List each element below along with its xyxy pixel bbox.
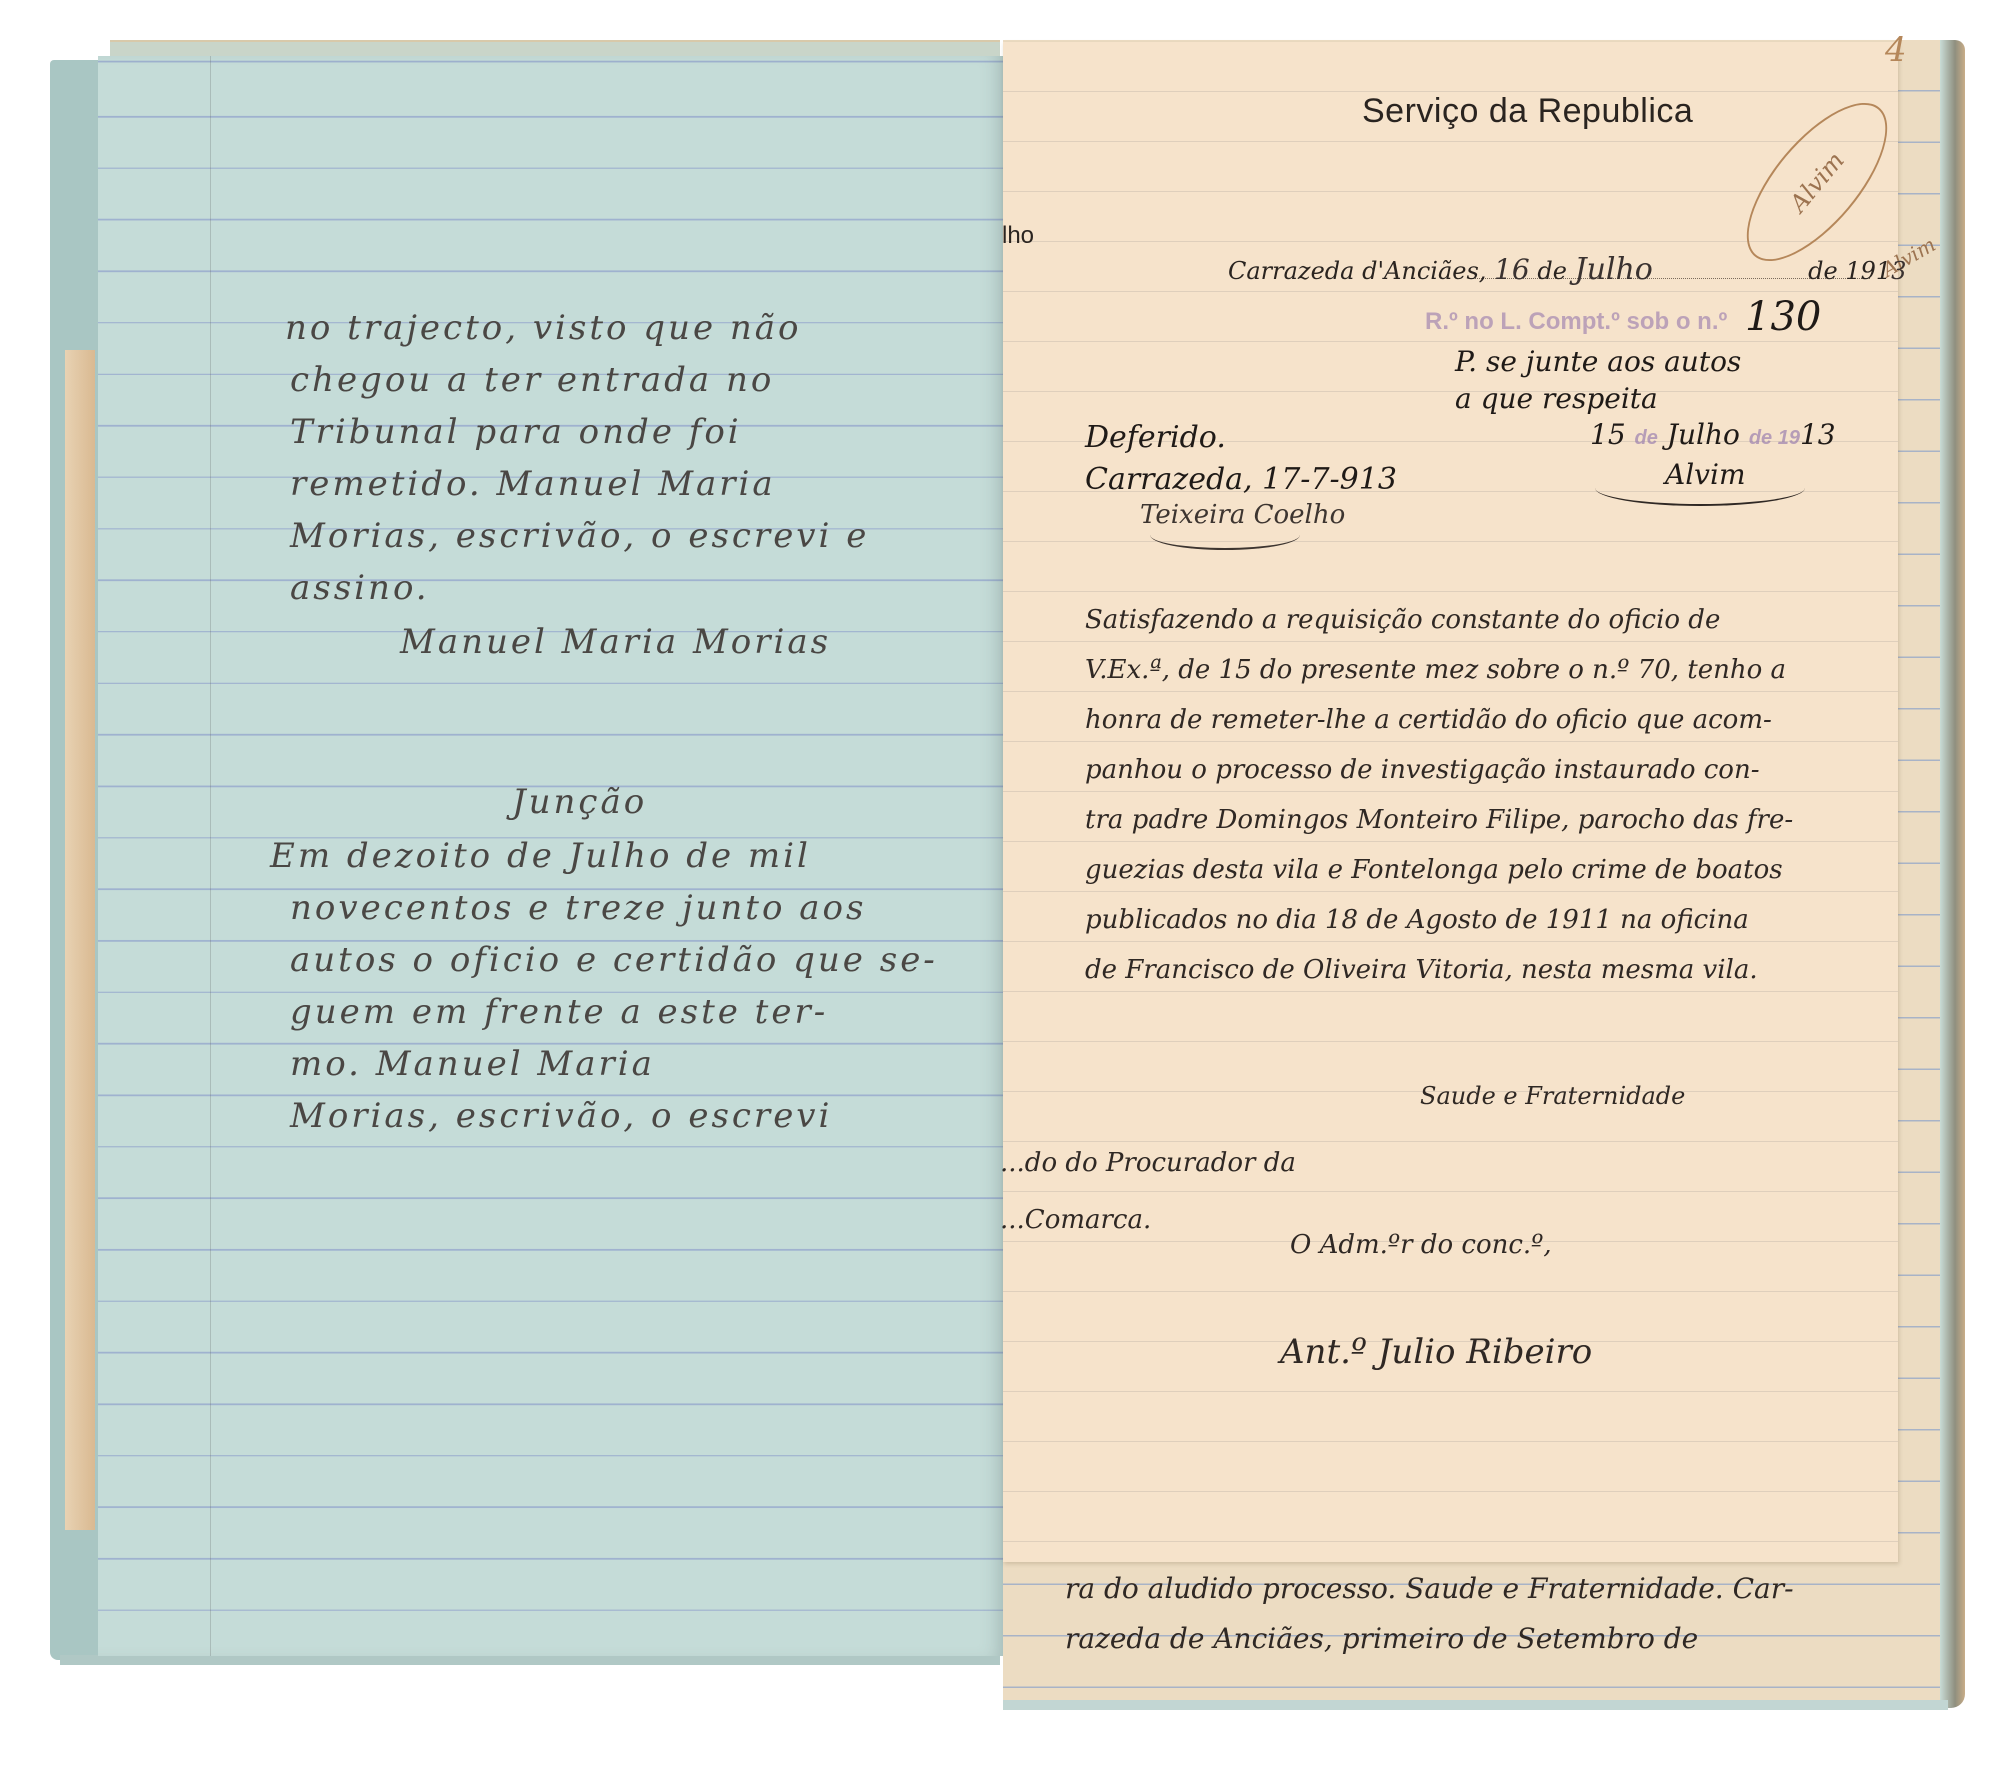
deferido-word: Deferido. (1085, 420, 1226, 455)
order-date-day: 15 (1590, 418, 1626, 451)
left-line: no trajecto, visto que não (285, 308, 802, 348)
order-note-line: a que respeita (1455, 382, 1658, 415)
juncao-line: novecentos e treze junto aos (290, 888, 866, 928)
left-page-margin-line (210, 56, 211, 1656)
place-name: Carrazeda d'Anciães, (1228, 257, 1486, 285)
order-signature-flourish (1595, 470, 1805, 506)
registration-stamp: R.º no L. Compt.º sob o n.º (1425, 308, 1727, 336)
registration-number: 130 (1745, 294, 1821, 340)
official-signature: Ant.º Julio Ribeiro (1280, 1332, 1592, 1372)
addressee-line: ...do do Procurador da (1000, 1148, 1296, 1178)
deferido-place-date: Carrazeda, 17-7-913 (1085, 462, 1397, 497)
addressee-line: ...Comarca. (1000, 1205, 1151, 1235)
letterhead-fragment: lho (1002, 222, 1034, 250)
order-date-month: Julho (1667, 418, 1740, 451)
date-year-suffix: 3 (1891, 257, 1906, 285)
underlying-line: ra do aludido processo. Saude e Fraterni… (1065, 1572, 1794, 1605)
book-fore-edge (1940, 40, 1965, 1708)
bottom-page-edge (1003, 1700, 1948, 1710)
closing-salutation: Saude e Fraternidade (1420, 1082, 1685, 1110)
deferido-signature-flourish (1150, 520, 1300, 550)
body-line: V.Ex.ª, de 15 do presente mez sobre o n.… (1085, 655, 1786, 685)
order-date: 15 de Julho de 1913 (1590, 418, 1836, 451)
date-de: de (1537, 257, 1567, 285)
left-line: assino. (290, 568, 430, 608)
body-line: de Francisco de Oliveira Vitoria, nesta … (1085, 955, 1758, 985)
left-page-bottom-edge (60, 1655, 1000, 1665)
page-number: 4 (1885, 30, 1907, 70)
juncao-line: mo. Manuel Maria (290, 1044, 655, 1084)
left-line: remetido. Manuel Maria (290, 464, 776, 504)
letterhead-title: Serviço da Republica (1362, 92, 1693, 131)
body-line: tra padre Domingos Monteiro Filipe, paro… (1085, 805, 1793, 835)
oval-signature-text: Alvim (1784, 147, 1850, 218)
body-line: publicados no dia 18 de Agosto de 1911 n… (1085, 905, 1749, 935)
body-line: guezias desta vila e Fontelonga pelo cri… (1085, 855, 1783, 885)
date-year-prefix: de 191 (1808, 257, 1891, 285)
left-line: Tribunal para onde foi (290, 412, 742, 452)
left-line: Morias, escrivão, o escrevi e (290, 516, 869, 556)
underlying-line: razeda de Anciães, primeiro de Setembro … (1065, 1622, 1698, 1655)
body-line: Satisfazendo a requisição constante do o… (1085, 605, 1720, 635)
juncao-heading: Junção (512, 782, 647, 822)
order-date-de: de (1635, 427, 1658, 449)
order-note-line: P. se junte aos autos (1455, 345, 1741, 378)
body-line: honra de remeter-lhe a certidão do ofici… (1085, 705, 1772, 735)
order-date-year: 13 (1800, 418, 1836, 451)
juncao-line: Morias, escrivão, o escrevi (290, 1096, 832, 1136)
order-date-do: de 19 (1749, 427, 1800, 449)
left-page-edge-strip (65, 350, 95, 1530)
juncao-line: Em dezoito de Julho de mil (270, 836, 811, 876)
juncao-line: guem em frente a este ter- (290, 992, 828, 1032)
body-line: panhou o processo de investigação instau… (1085, 755, 1760, 785)
juncao-line: autos o oficio e certidão que se- (290, 940, 938, 980)
date-month: Julho (1575, 252, 1653, 287)
left-page-signature: Manuel Maria Morias (400, 622, 831, 662)
sign-off: O Adm.ºr do conc.º, (1290, 1230, 1552, 1260)
place-date-line: Carrazeda d'Anciães, 16 de Julho de 1913 (1228, 252, 1906, 287)
date-day: 16 (1494, 253, 1530, 286)
left-line: chegou a ter entrada no (290, 360, 774, 400)
